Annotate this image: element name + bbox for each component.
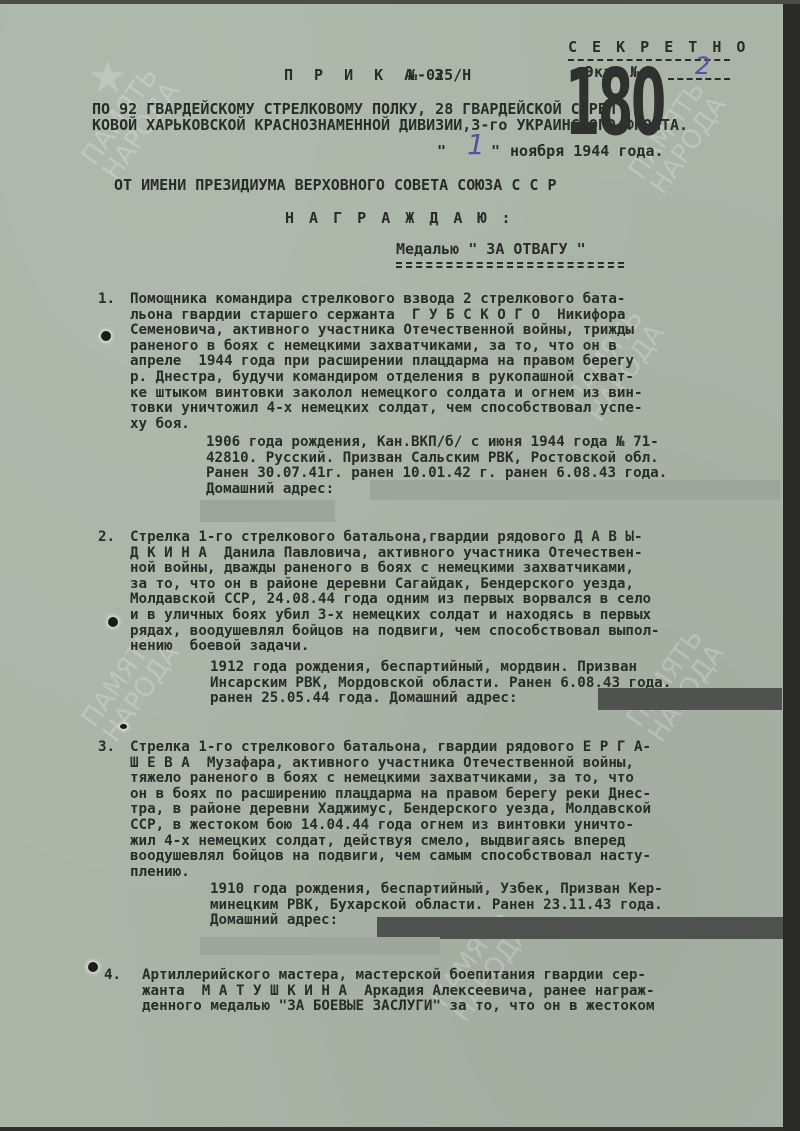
punch-hole: [88, 962, 98, 972]
redaction-box: [200, 937, 440, 955]
date-close-quote: ": [491, 142, 500, 160]
entry-2-text: Стрелка 1-го стрелкового батальона,гвард…: [130, 530, 660, 655]
award-verb: Н А Г Р А Ж Д А Ю :: [285, 209, 514, 227]
date-open-quote: ": [437, 142, 446, 160]
document-page: ★ ПАМЯТЬ НАРОДА ПАМЯТЬ НАРОДА ПАМЯТЬ НАР…: [0, 0, 783, 1127]
date-day-handwritten: 1: [467, 128, 485, 161]
award-name-underline: [396, 262, 624, 268]
redaction-box: [370, 480, 780, 500]
copy-number-handwritten: 2: [695, 52, 710, 80]
punch-hole: [120, 724, 127, 729]
punch-hole: [108, 617, 118, 627]
entry-1-text: Помощника командира стрелкового взвода 2…: [130, 292, 643, 432]
redaction-box: [200, 500, 335, 522]
entry-number: 3.: [98, 740, 115, 756]
preamble: ОТ ИМЕНИ ПРЕЗИДИУМА ВЕРХОВНОГО СОВЕТА СО…: [114, 176, 557, 194]
award-name: Медалью " ЗА ОТВАГУ ": [396, 240, 586, 258]
redaction-box: [598, 688, 782, 710]
scan-border-right: [783, 0, 800, 1131]
entry-4-text: Артиллерийского мастера, мастерской боеп…: [142, 968, 655, 1015]
entry-number: 1.: [98, 292, 115, 308]
entry-number: 4.: [104, 968, 121, 984]
handwritten-registration-number: 180: [565, 48, 664, 158]
order-number: №-025/Н: [408, 66, 471, 84]
entry-3-text: Стрелка 1-го стрелкового батальона, гвар…: [130, 740, 651, 880]
entry-number: 2.: [98, 530, 115, 546]
scan-border-top: [0, 0, 800, 4]
redaction-box: [440, 927, 787, 939]
punch-hole: [101, 331, 111, 341]
